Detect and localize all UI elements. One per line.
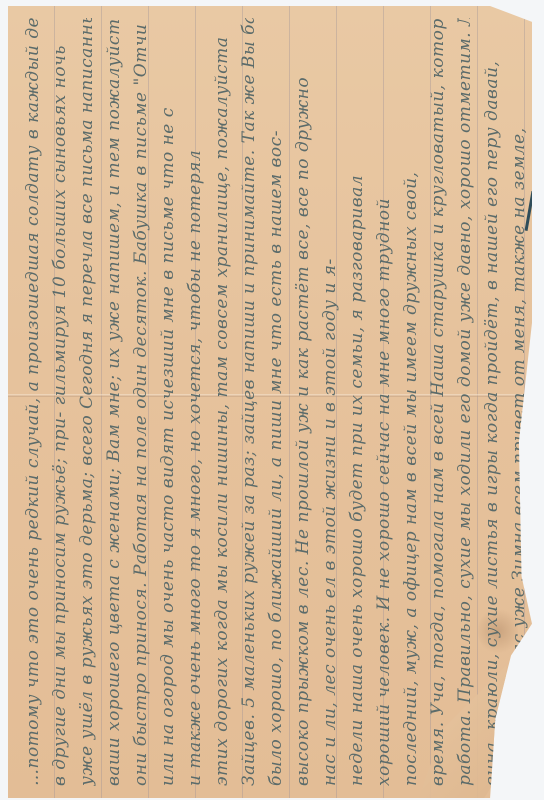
handwritten-line: под ночью у нас уже Зимна всем привет от… bbox=[496, 18, 542, 786]
handwritten-text: …потому что это очень редкий случай, а п… bbox=[8, 6, 532, 798]
letter-page: …потому что это очень редкий случай, а п… bbox=[8, 6, 532, 798]
